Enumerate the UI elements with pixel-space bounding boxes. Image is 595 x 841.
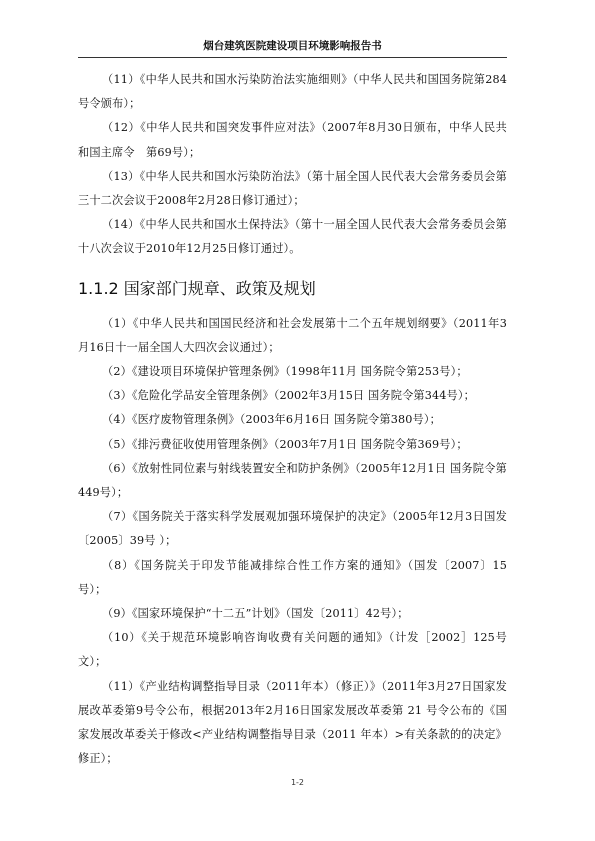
list-item: （4）《医疗废物管理条例》（2003年6月16日 国务院令第380号）；: [78, 408, 507, 432]
page-number: 1-2: [0, 778, 595, 787]
list-item: （11）《产业结构调整指导目录（2011年本）（修正）》（2011年3月27日国…: [78, 675, 507, 772]
list-item: （14）《中华人民共和国水土保持法》（第十一届全国人民代表大会常务委员会第十八次…: [78, 213, 507, 261]
page-body: （11）《中华人民共和国水污染防治法实施细则》（中华人民共和国国务院第284号令…: [78, 68, 507, 771]
list-item: （3）《危险化学品安全管理条例》（2002年3月15日 国务院令第344号）；: [78, 384, 507, 408]
list-item: （6）《放射性同位素与射线装置安全和防护条例》（2005年12月1日 国务院令第…: [78, 457, 507, 505]
list-item: （12）《中华人民共和国突发事件应对法》（2007年8月30日颁布，中华人民共和…: [78, 116, 507, 164]
list-item: （1）《中华人民共和国国民经济和社会发展第十二个五年规划纲要》（2011年3月1…: [78, 312, 507, 360]
list-item: （9）《国家环境保护“十二五”计划》（国发〔2011〕42号）；: [78, 602, 507, 626]
section-heading: 1.1.2 国家部门规章、政策及规划: [78, 274, 507, 304]
document-page: 烟台建筑医院建设项目环境影响报告书 （11）《中华人民共和国水污染防治法实施细则…: [0, 0, 595, 841]
list-item: （8）《国务院关于印发节能减排综合性工作方案的通知》（国发〔2007〕15号）；: [78, 554, 507, 602]
page-header: 烟台建筑医院建设项目环境影响报告书: [78, 38, 507, 58]
list-item: （2）《建设项目环境保护管理条例》（1998年11月 国务院令第253号）；: [78, 360, 507, 384]
list-item: （13）《中华人民共和国水污染防治法》（第十届全国人民代表大会常务委员会第三十二…: [78, 165, 507, 213]
list-item: （7）《国务院关于落实科学发展观加强环境保护的决定》（2005年12月3日国发〔…: [78, 505, 507, 553]
list-item: （5）《排污费征收使用管理条例》（2003年7月1日 国务院令第369号）；: [78, 433, 507, 457]
list-item: （11）《中华人民共和国水污染防治法实施细则》（中华人民共和国国务院第284号令…: [78, 68, 507, 116]
list-item: （10）《关于规范环境影响咨询收费有关问题的通知》（计发［2002］125号文）…: [78, 626, 507, 674]
